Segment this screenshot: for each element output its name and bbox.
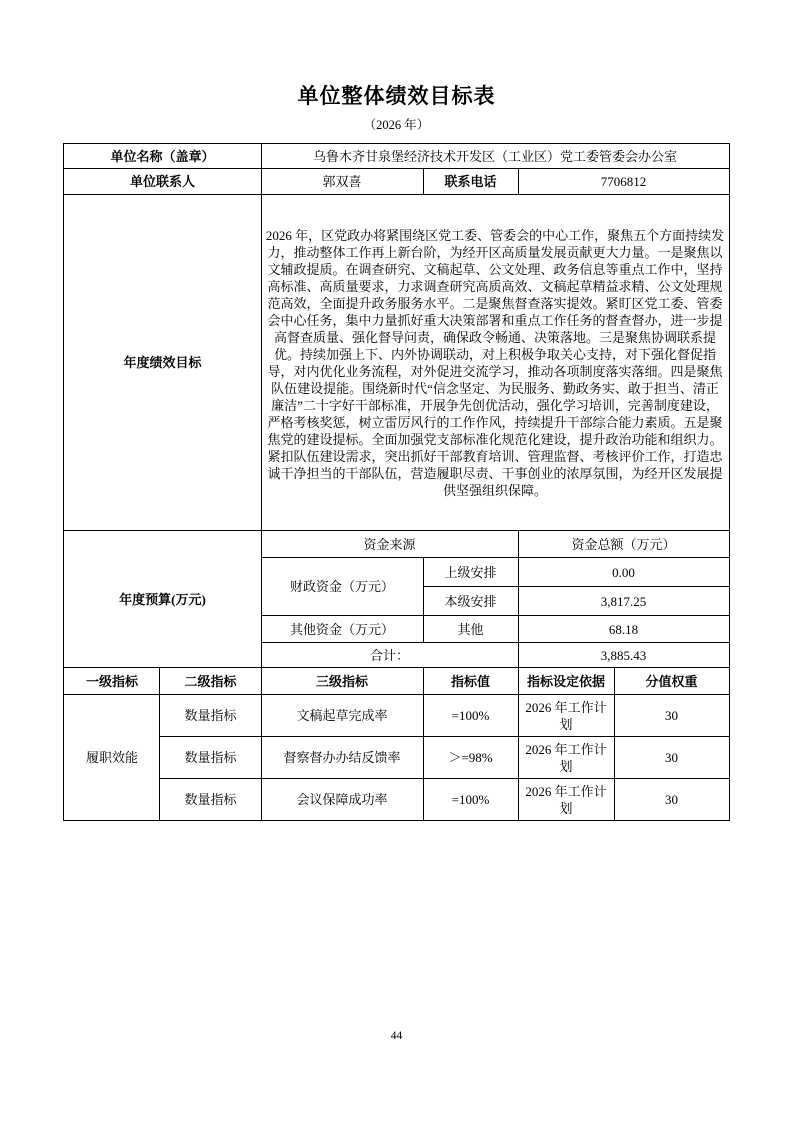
other-value: 68.18 [518,616,729,643]
indicator-value: =100% [423,695,518,737]
page-number: 44 [0,1030,793,1042]
header-level3-indicator: 三级指标 [261,668,423,695]
fund-source-header: 资金来源 [261,531,518,558]
indicator-basis: 2026 年工作计划 [518,779,614,821]
score-weight: 30 [614,779,729,821]
other-funds-label: 其他资金（万元） [261,616,423,643]
header-level1-indicator: 一级指标 [64,668,160,695]
budget-label: 年度预算(万元) [64,531,261,668]
annual-goal-label: 年度绩效目标 [64,195,261,531]
other-label: 其他 [423,616,518,643]
score-weight: 30 [614,737,729,779]
contact-label: 单位联系人 [64,169,261,195]
fiscal-funds-label: 财政资金（万元） [261,558,423,616]
budget-header-row: 年度预算(万元) 资金来源 资金总额（万元） [64,531,729,558]
local-arrangement-value: 3,817.25 [518,587,729,616]
header-level2-indicator: 二级指标 [160,668,261,695]
superior-arrangement-value: 0.00 [518,558,729,587]
document-page: 单位整体绩效目标表 （2026 年） 单位名称（盖章） 乌鲁木齐甘泉堡经济技术开… [0,0,793,1122]
score-weight: 30 [614,695,729,737]
annual-goal-row: 年度绩效目标 2026 年，区党政办将紧围绕区党工委、管委会的中心工作，聚焦五个… [64,195,729,531]
fund-total-header: 资金总额（万元） [518,531,729,558]
header-score-weight: 分值权重 [614,668,729,695]
budget-total-value: 3,885.43 [518,643,729,668]
document-subtitle: （2026 年） [0,118,793,133]
level2-indicator: 数量指标 [160,695,261,737]
indicator-basis: 2026 年工作计划 [518,695,614,737]
level1-indicator-value: 履职效能 [64,695,160,821]
level3-indicator: 会议保障成功率 [261,779,423,821]
indicator-value: ＞=98% [423,737,518,779]
performance-target-table: 单位名称（盖章） 乌鲁木齐甘泉堡经济技术开发区（工业区）党工委管委会办公室 单位… [63,143,729,821]
phone-label: 联系电话 [423,169,518,195]
header-indicator-value: 指标值 [423,668,518,695]
annual-goal-text: 2026 年，区党政办将紧围绕区党工委、管委会的中心工作，聚焦五个方面持续发力，… [261,195,729,531]
unit-name-label: 单位名称（盖章） [64,144,261,169]
level3-indicator: 督察督办办结反馈率 [261,737,423,779]
phone-value: 7706812 [518,169,729,195]
indicator-basis: 2026 年工作计划 [518,737,614,779]
document-title: 单位整体绩效目标表 [0,0,793,108]
indicator-row-2: 数量指标 督察督办办结反馈率 ＞=98% 2026 年工作计划 30 [64,737,729,779]
indicator-header-row: 一级指标 二级指标 三级指标 指标值 指标设定依据 分值权重 [64,668,729,695]
local-arrangement-label: 本级安排 [423,587,518,616]
contact-name-value: 郭双喜 [261,169,423,195]
unit-name-row: 单位名称（盖章） 乌鲁木齐甘泉堡经济技术开发区（工业区）党工委管委会办公室 [64,144,729,169]
budget-total-label: 合计： [261,643,518,668]
unit-name-value: 乌鲁木齐甘泉堡经济技术开发区（工业区）党工委管委会办公室 [261,144,729,169]
indicator-value: =100% [423,779,518,821]
header-indicator-basis: 指标设定依据 [518,668,614,695]
level2-indicator: 数量指标 [160,779,261,821]
contact-row: 单位联系人 郭双喜 联系电话 7706812 [64,169,729,195]
level2-indicator: 数量指标 [160,737,261,779]
indicator-row-1: 履职效能 数量指标 文稿起草完成率 =100% 2026 年工作计划 30 [64,695,729,737]
level3-indicator: 文稿起草完成率 [261,695,423,737]
indicator-row-3: 数量指标 会议保障成功率 =100% 2026 年工作计划 30 [64,779,729,821]
superior-arrangement-label: 上级安排 [423,558,518,587]
